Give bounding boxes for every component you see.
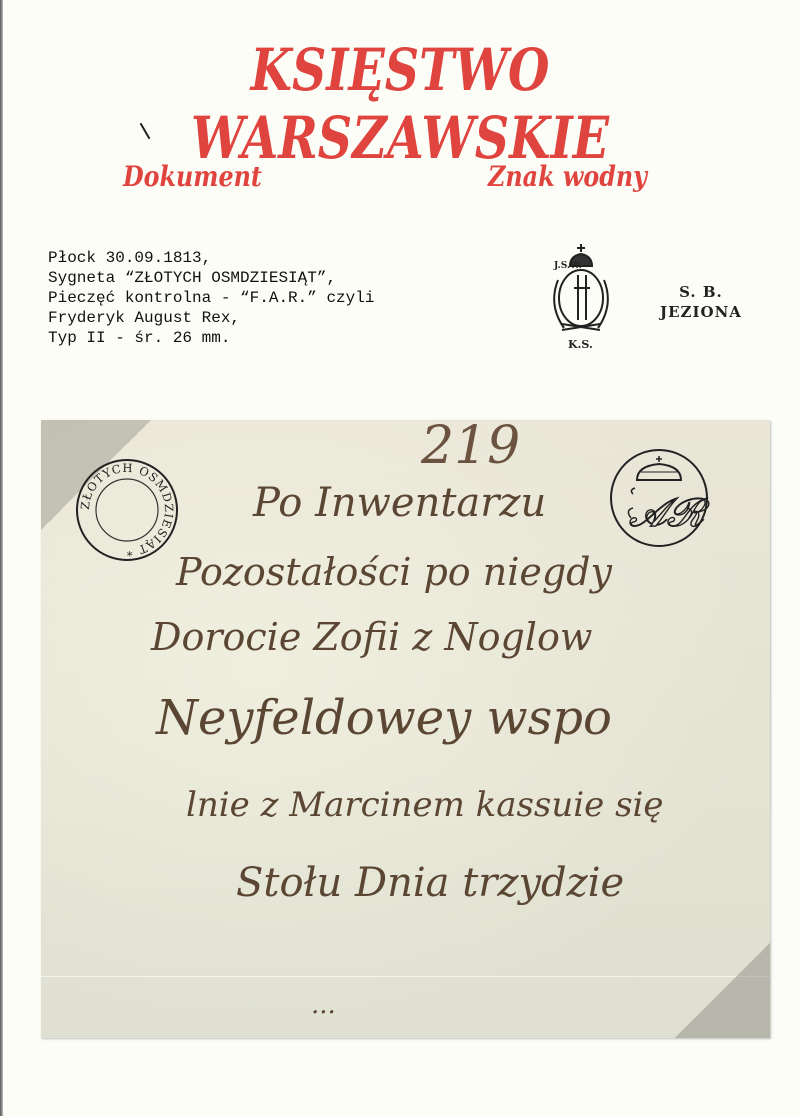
svg-text:ZŁOTYCH OSMDZIESIĄT *: ZŁOTYCH OSMDZIESIĄT * xyxy=(78,461,176,559)
svg-text:J.S.W.: J.S.W. xyxy=(553,261,582,271)
description-line: Fryderyk August Rex, xyxy=(48,308,374,328)
watermark-label: Znak wodny xyxy=(488,160,647,193)
mill-line-1: S. B. xyxy=(660,282,742,302)
svg-text:𝒜ℛ: 𝒜ℛ xyxy=(629,490,710,536)
mill-line-2: JEZIONA xyxy=(660,302,742,322)
far-monogram-seal-icon: 𝒜ℛ xyxy=(607,448,711,548)
watermark-mill-mark: S. B. JEZIONA xyxy=(660,282,742,322)
document-label: Dokument xyxy=(123,160,262,193)
handwriting-line: Po Inwentarzu xyxy=(253,480,546,526)
zlotych-osmdziesiat-seal-icon: ZŁOTYCH OSMDZIESIĄT * xyxy=(75,458,179,562)
description-line: Pieczęć kontrolna - “F.A.R.” czyli xyxy=(48,288,374,308)
historic-document: ZŁOTYCH OSMDZIESIĄT * 𝒜ℛ 219 Po Inwentar… xyxy=(41,420,770,1038)
document-description: Płock 30.09.1813, Sygneta “ZŁOTYCH OSMDZ… xyxy=(48,248,374,348)
svg-text:K.S.: K.S. xyxy=(568,338,593,351)
description-line: Typ II - śr. 26 mm. xyxy=(48,328,374,348)
handwriting-line: Stołu Dnia trzydzie xyxy=(236,860,624,906)
fold-line xyxy=(41,976,770,977)
scan-edge xyxy=(0,0,3,1116)
description-line: Płock 30.09.1813, xyxy=(48,248,374,268)
handwriting-line: Neyfeldowey wspo xyxy=(156,690,612,746)
document-number: 219 xyxy=(421,416,520,476)
page-title: KSIĘSTWO WARSZAWSKIE xyxy=(72,36,728,172)
handwriting-line: lnie z Marcinem kassuie się xyxy=(186,785,664,825)
description-line: Sygneta “ZŁOTYCH OSMDZIESIĄT”, xyxy=(48,268,374,288)
handwriting-line: ... xyxy=(311,990,336,1020)
handwriting-line: Pozostałości po niegdy xyxy=(176,550,612,594)
handwriting-line: Dorocie Zofii z Noglow xyxy=(151,615,592,659)
watermark-emblem-icon: J.S.W. K.S. xyxy=(548,240,614,352)
